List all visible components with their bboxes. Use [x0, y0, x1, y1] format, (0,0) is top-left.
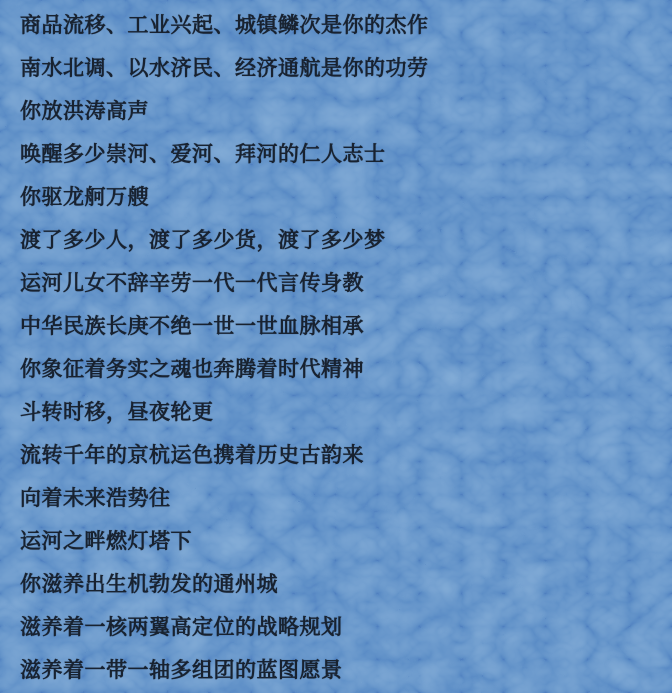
poem-line: 你驱龙舸万艘 [20, 176, 662, 219]
poem-line: 滋养着一核两翼高定位的战略规划 [20, 606, 662, 649]
poem-line: 流转千年的京杭运色携着历史古韵来 [20, 434, 662, 477]
poem-line: 商品流移、工业兴起、城镇鳞次是你的杰作 [20, 4, 662, 47]
poem-line: 南水北调、以水济民、经济通航是你的功劳 [20, 47, 662, 90]
poem-line: 滋养着一带一轴多组团的蓝图愿景 [20, 649, 662, 692]
document-page: 商品流移、工业兴起、城镇鳞次是你的杰作 南水北调、以水济民、经济通航是你的功劳 … [0, 0, 672, 693]
poem-line: 唤醒多少崇河、爱河、拜河的仁人志士 [20, 133, 662, 176]
poem-line: 中华民族长庚不绝一世一世血脉相承 [20, 305, 662, 348]
poem-line: 你象征着务实之魂也奔腾着时代精神 [20, 348, 662, 391]
poem-line: 渡了多少人，渡了多少货，渡了多少梦 [20, 219, 662, 262]
poem-line: 你放洪涛高声 [20, 90, 662, 133]
poem-line: 你滋养出生机勃发的通州城 [20, 563, 662, 606]
poem-line: 运河儿女不辞辛劳一代一代言传身教 [20, 262, 662, 305]
poem-text-block: 商品流移、工业兴起、城镇鳞次是你的杰作 南水北调、以水济民、经济通航是你的功劳 … [0, 0, 672, 693]
poem-line: 运河之畔燃灯塔下 [20, 520, 662, 563]
poem-line: 向着未来浩势往 [20, 477, 662, 520]
poem-line: 斗转时移，昼夜轮更 [20, 391, 662, 434]
